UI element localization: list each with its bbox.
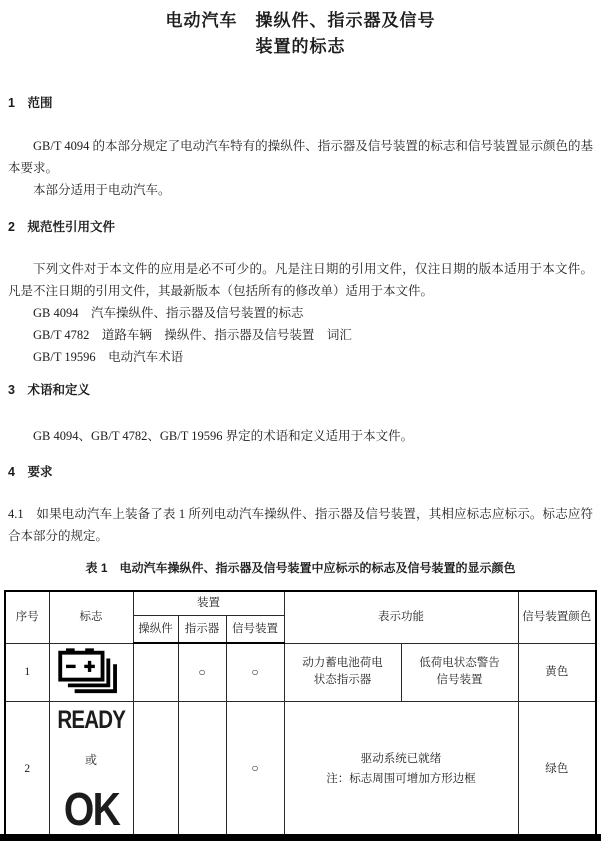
circle-mark: ○: [251, 665, 258, 679]
row1-telltale-cell: ○: [226, 643, 284, 701]
row1-symbol-cell: [49, 643, 133, 701]
table-header-row-1: 序号 标志 装置 表示功能 信号装置颜色: [5, 591, 596, 615]
row1-indicator-cell: ○: [178, 643, 226, 701]
battery-soc-icon: [58, 645, 124, 695]
header-cell-control: 操纵件: [133, 615, 178, 643]
circle-mark: ○: [198, 665, 205, 679]
header-cell-color: 信号装置颜色: [518, 591, 596, 643]
title-line-1: 电动汽车 操纵件、指示器及信号: [8, 8, 593, 34]
header-cell-indicator: 指示器: [178, 615, 226, 643]
row2-control-cell: [133, 701, 178, 837]
row1-control-cell: [133, 643, 178, 701]
row1-no-cell: 1: [5, 643, 49, 701]
or-text: 或: [85, 753, 97, 767]
table-row: 1 ○ ○ 动力蓄电池荷电 状态指示器: [5, 643, 596, 701]
circle-mark: ○: [251, 761, 258, 775]
function-b-line2: 信号装置: [403, 672, 517, 689]
row2-no-cell: 2: [5, 701, 49, 837]
table-1: 序号 标志 装置 表示功能 信号装置颜色 操纵件 指示器 信号装置 1: [4, 590, 597, 838]
function-a-line2: 状态指示器: [286, 672, 400, 689]
reference-gbt4782: GB/T 4782 道路车辆 操纵件、指示器及信号装置 词汇: [8, 324, 593, 346]
function-a-line1: 动力蓄电池荷电: [286, 655, 400, 672]
row1-function-a-cell: 动力蓄电池荷电 状态指示器: [284, 643, 401, 701]
table-1-caption: 表 1 电动汽车操纵件、指示器及信号装置中应标示的标志及信号装置的显示颜色: [8, 559, 593, 577]
page-bottom-rule: [0, 834, 601, 841]
row2-color-cell: 绿色: [518, 701, 596, 837]
reference-gb4094: GB 4094 汽车操纵件、指示器及信号装置的标志: [8, 302, 593, 324]
ready-symbol-text: READY: [57, 707, 125, 733]
document-page: 电动汽车 操纵件、指示器及信号 装置的标志 1 范围 GB/T 4094 的本部…: [0, 0, 601, 838]
title-line-2: 装置的标志: [8, 34, 593, 60]
row2-symbol-cell: READY 或 OK: [49, 701, 133, 837]
section-3-heading: 3 术语和定义: [8, 381, 593, 399]
section-2-paragraph-1: 下列文件对于本文件的应用是必不可少的。凡是注日期的引用文件，仅注日期的版本适用于…: [8, 258, 593, 302]
ok-symbol-text: OK: [63, 787, 118, 831]
section-1-paragraph-2: 本部分适用于电动汽车。: [8, 179, 593, 201]
header-cell-symbol: 标志: [49, 591, 133, 643]
row1-function-b-cell: 低荷电状态警告 信号装置: [401, 643, 518, 701]
row1-color-cell: 黄色: [518, 643, 596, 701]
header-cell-function: 表示功能: [284, 591, 518, 643]
section-4-heading: 4 要求: [8, 463, 593, 481]
row2-telltale-cell: ○: [226, 701, 284, 837]
section-2-heading: 2 规范性引用文件: [8, 218, 593, 236]
section-1-paragraph-1: GB/T 4094 的本部分规定了电动汽车特有的操纵件、指示器及信号装置的标志和…: [8, 135, 593, 179]
header-cell-no: 序号: [5, 591, 49, 643]
section-4-1-paragraph: 4.1 如果电动汽车上装备了表 1 所列电动汽车操纵件、指示器及信号装置，其相应…: [8, 503, 593, 547]
row2-function-cell: 驱动系统已就绪 注：标志周围可增加方形边框: [284, 701, 518, 837]
ready-ok-symbol: READY 或 OK: [51, 703, 132, 835]
document-title: 电动汽车 操纵件、指示器及信号 装置的标志: [8, 8, 593, 60]
row2-indicator-cell: [178, 701, 226, 837]
reference-gbt19596: GB/T 19596 电动汽车术语: [8, 346, 593, 368]
section-3-paragraph-1: GB 4094、GB/T 4782、GB/T 19596 界定的术语和定义适用于…: [8, 425, 593, 447]
header-cell-telltale: 信号装置: [226, 615, 284, 643]
table-row: 2 READY 或 OK ○ 驱动系统已就绪 注：标志周围可增加方形边框 绿色: [5, 701, 596, 837]
section-1-heading: 1 范围: [8, 94, 593, 112]
header-cell-device-group: 装置: [133, 591, 284, 615]
function-line1: 驱动系统已就绪: [286, 749, 517, 769]
function-line2: 注：标志周围可增加方形边框: [286, 769, 517, 789]
function-b-line1: 低荷电状态警告: [403, 655, 517, 672]
